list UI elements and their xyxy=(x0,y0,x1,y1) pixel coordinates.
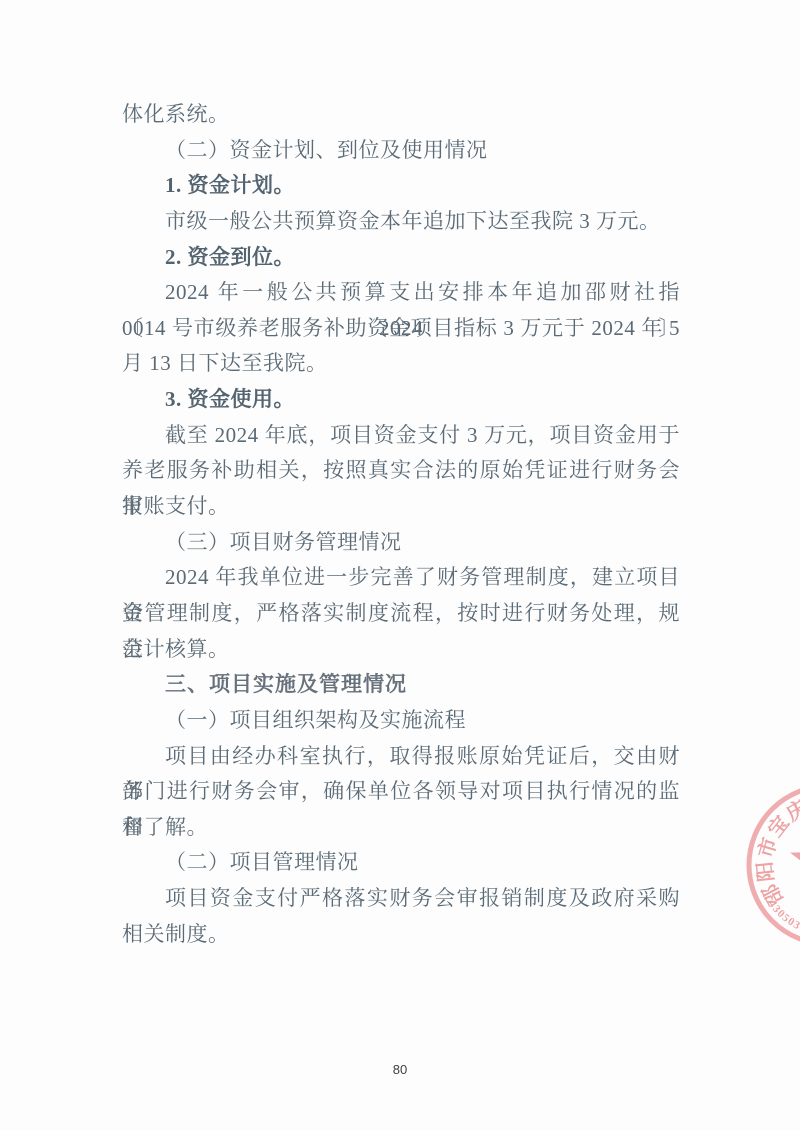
seal-char: 邵 xyxy=(758,880,788,908)
seal-arc-text: 邵阳市宝庆 xyxy=(753,795,800,909)
seal-code-digits: 430503 xyxy=(766,898,800,932)
text-line: 2024 年一般公共预算支出安排本年追加邵财社指〔2024〕 xyxy=(122,275,680,311)
seal-digit: 0 xyxy=(775,908,788,921)
seal-digit: 5 xyxy=(780,912,792,925)
document-page: 体化系统。（二）资金计划、到位及使用情况1. 资金计划。市级一般公共预算资金本年… xyxy=(0,0,800,1131)
seal-digit: 4 xyxy=(766,898,779,910)
text-line: 体化系统。 xyxy=(122,97,680,133)
text-line: 和了解。 xyxy=(122,810,680,846)
seal-char: 宝 xyxy=(763,811,794,842)
seal-digit: 3 xyxy=(791,919,800,932)
official-seal: 邵阳市宝庆 430503 xyxy=(690,760,800,990)
text-line: 项目由经办科室执行，取得报账原始凭证后，交由财务 xyxy=(122,739,680,775)
text-line: 3. 资金使用。 xyxy=(122,382,680,418)
text-line: 2024 年我单位进一步完善了财务管理制度，建立项目资 xyxy=(122,560,680,596)
page-number: 80 xyxy=(0,1062,800,1077)
text-line: 部门进行财务会审，确保单位各领导对项目执行情况的监督 xyxy=(122,774,680,810)
seal-char: 庆 xyxy=(782,795,800,826)
text-line: 2. 资金到位。 xyxy=(122,240,680,276)
text-line: 0014 号市级养老服务补助资金项目指标 3 万元于 2024 年 5 xyxy=(122,311,680,347)
text-line: 会计核算。 xyxy=(122,632,680,668)
text-line: 养老服务补助相关，按照真实合法的原始凭证进行财务会审 xyxy=(122,453,680,489)
text-line: （二）资金计划、到位及使用情况 xyxy=(122,133,680,169)
text-line: 市级一般公共预算资金本年追加下达至我院 3 万元。 xyxy=(122,204,680,240)
seal-char: 阳 xyxy=(753,860,778,882)
text-line: 报账支付。 xyxy=(122,489,680,525)
text-line: 金管理制度，严格落实制度流程，按时进行财务处理，规范 xyxy=(122,596,680,632)
seal-ring xyxy=(749,786,800,944)
text-line: （二）项目管理情况 xyxy=(122,845,680,881)
text-line: 月 13 日下达至我院。 xyxy=(122,346,680,382)
seal-digit: 0 xyxy=(785,915,797,928)
text-line: 相关制度。 xyxy=(122,917,680,953)
text-line: （三）项目财务管理情况 xyxy=(122,525,680,561)
text-line: 1. 资金计划。 xyxy=(122,168,680,204)
text-line: 三、项目实施及管理情况 xyxy=(122,667,680,703)
text-line: 截至 2024 年底，项目资金支付 3 万元，项目资金用于 xyxy=(122,418,680,454)
seal-digit: 3 xyxy=(770,903,783,915)
document-body: 体化系统。（二）资金计划、到位及使用情况1. 资金计划。市级一般公共预算资金本年… xyxy=(122,97,680,952)
text-line: 项目资金支付严格落实财务会审报销制度及政府采购 xyxy=(122,881,680,917)
seal-char: 市 xyxy=(753,835,782,861)
seal-star-icon xyxy=(790,825,800,897)
text-line: （一）项目组织架构及实施流程 xyxy=(122,703,680,739)
